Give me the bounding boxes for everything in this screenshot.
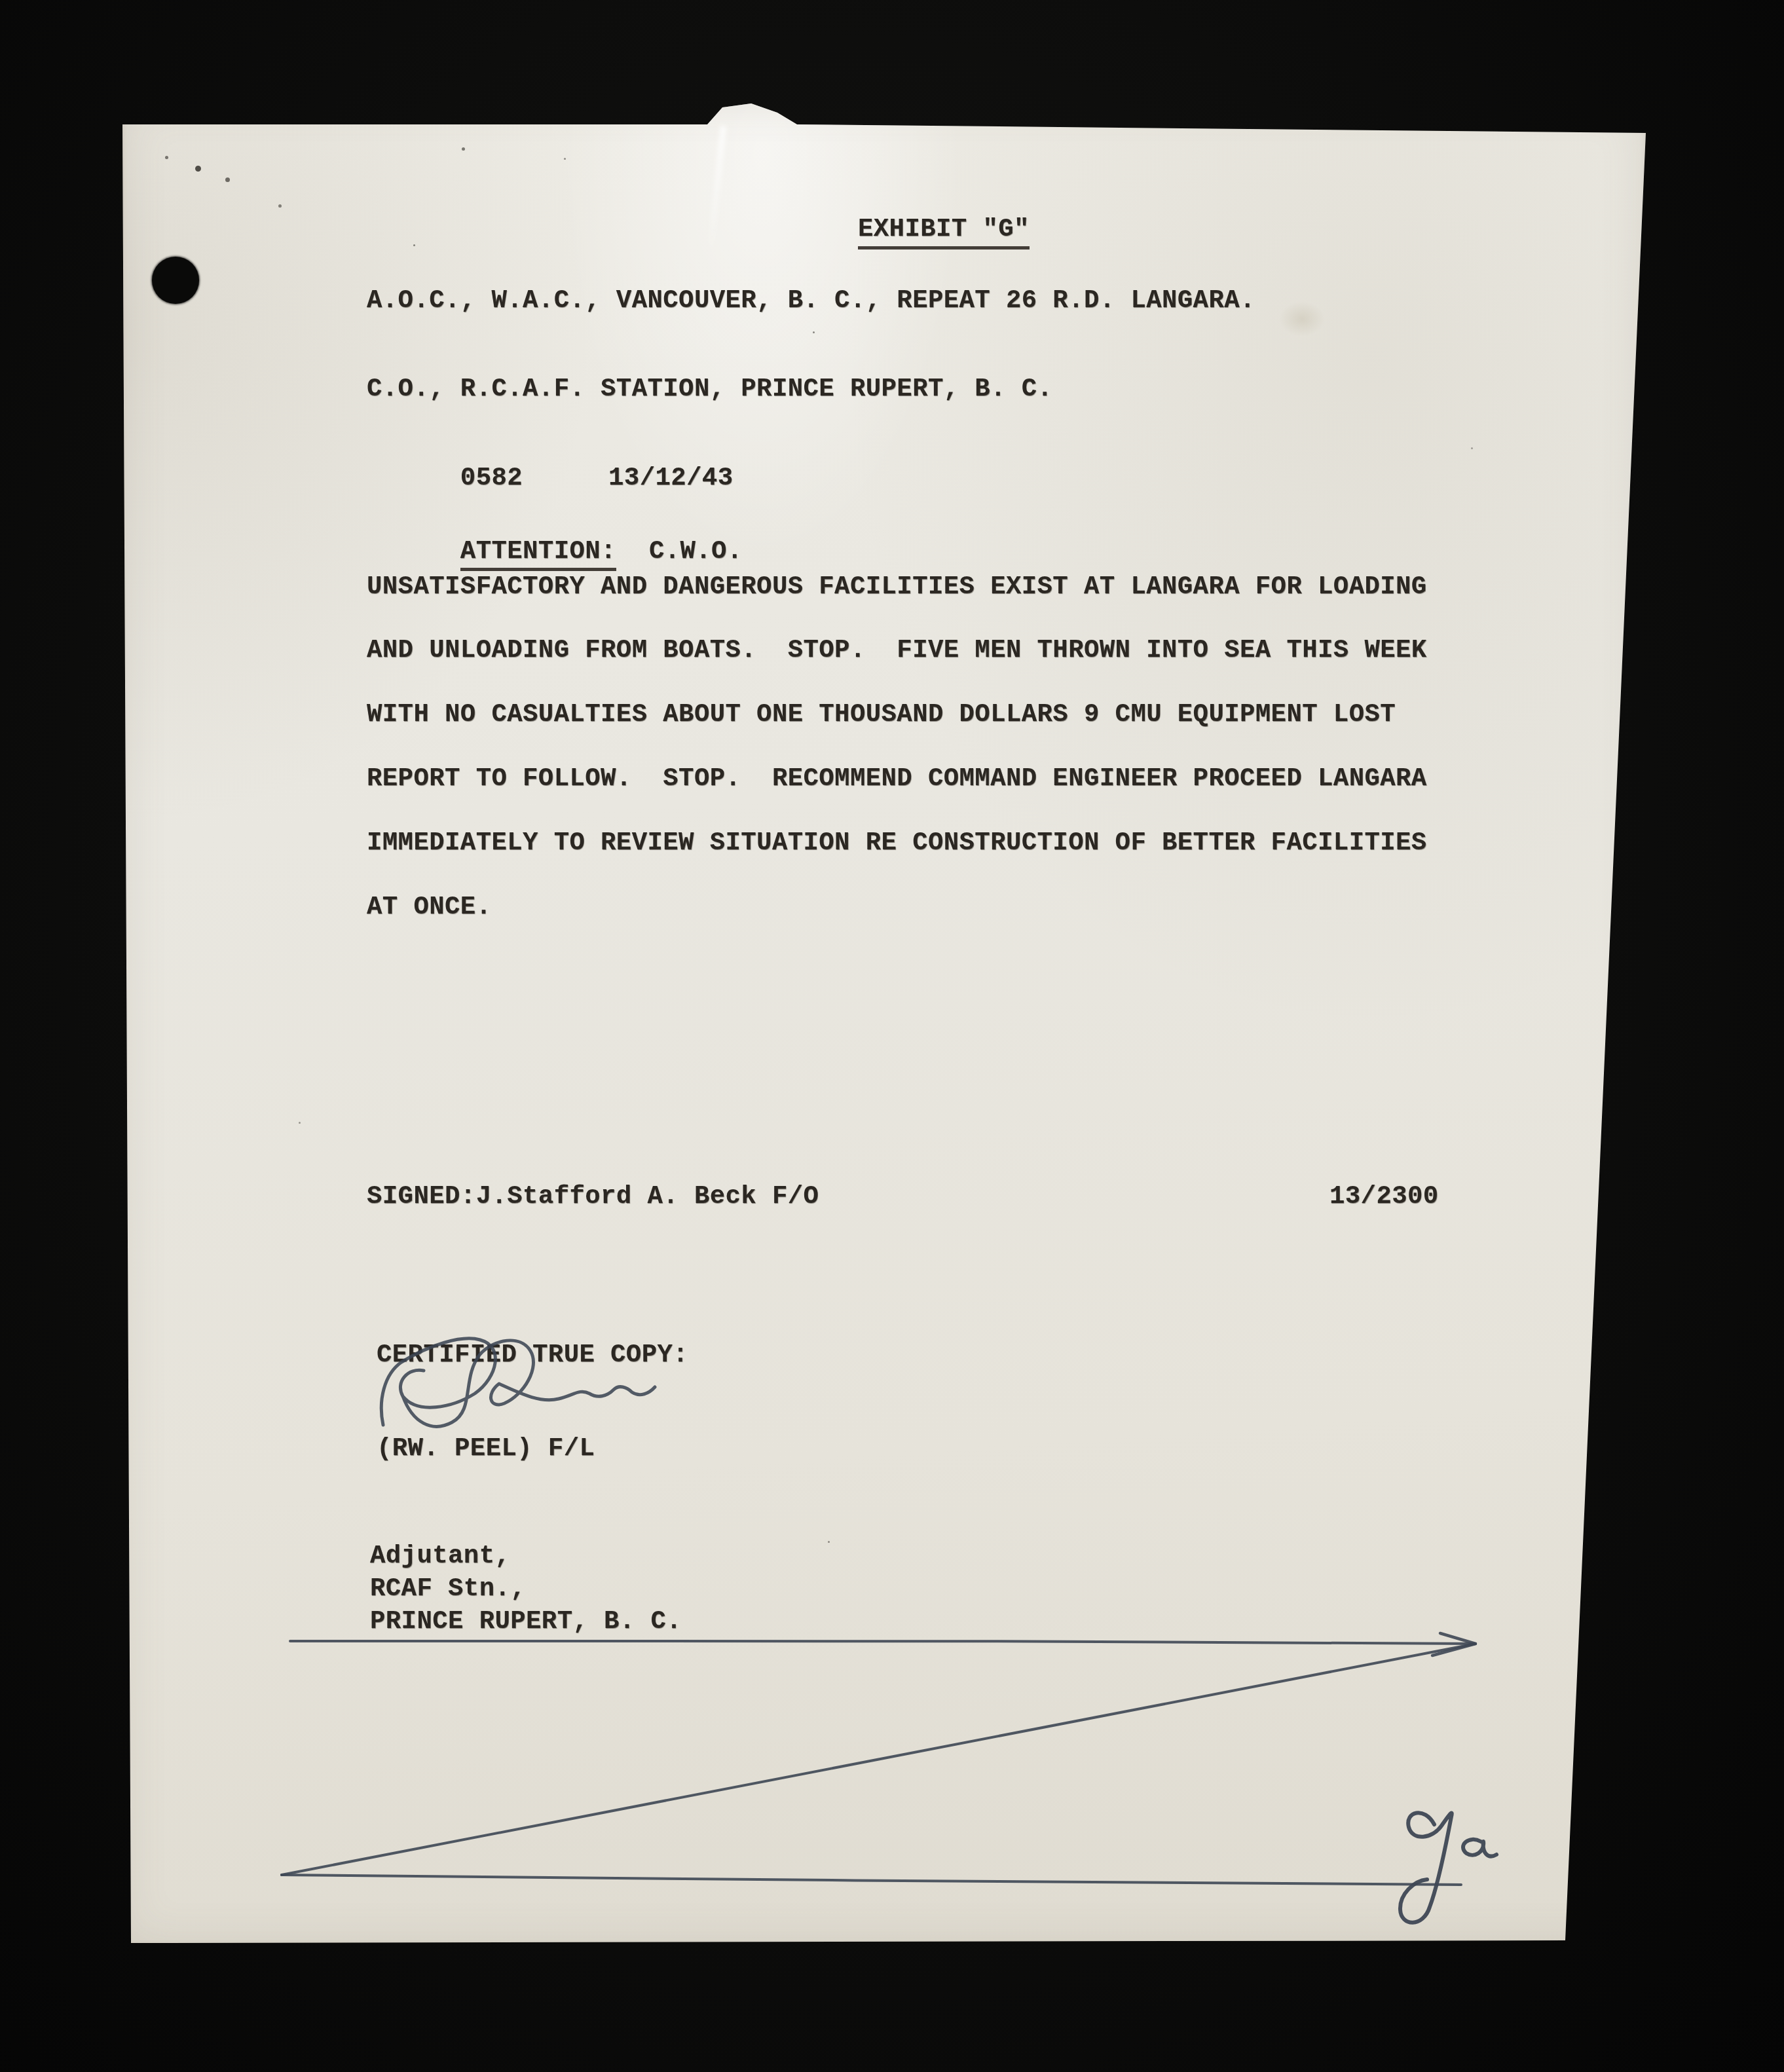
paper-sheet: EXHIBIT "G" A.O.C., W.A.C., VANCOUVER, B… xyxy=(121,98,1647,1946)
handwritten-signature xyxy=(381,1339,655,1426)
photo-background: EXHIBIT "G" A.O.C., W.A.C., VANCOUVER, B… xyxy=(0,0,1784,2072)
handwritten-initials xyxy=(1400,1813,1496,1923)
pen-annotations xyxy=(121,98,1647,1946)
arrow-line-bottom xyxy=(282,1875,1461,1885)
arrow-diagonal xyxy=(282,1644,1476,1875)
paper-specks xyxy=(121,98,124,102)
arrow-line-top xyxy=(290,1640,1476,1644)
